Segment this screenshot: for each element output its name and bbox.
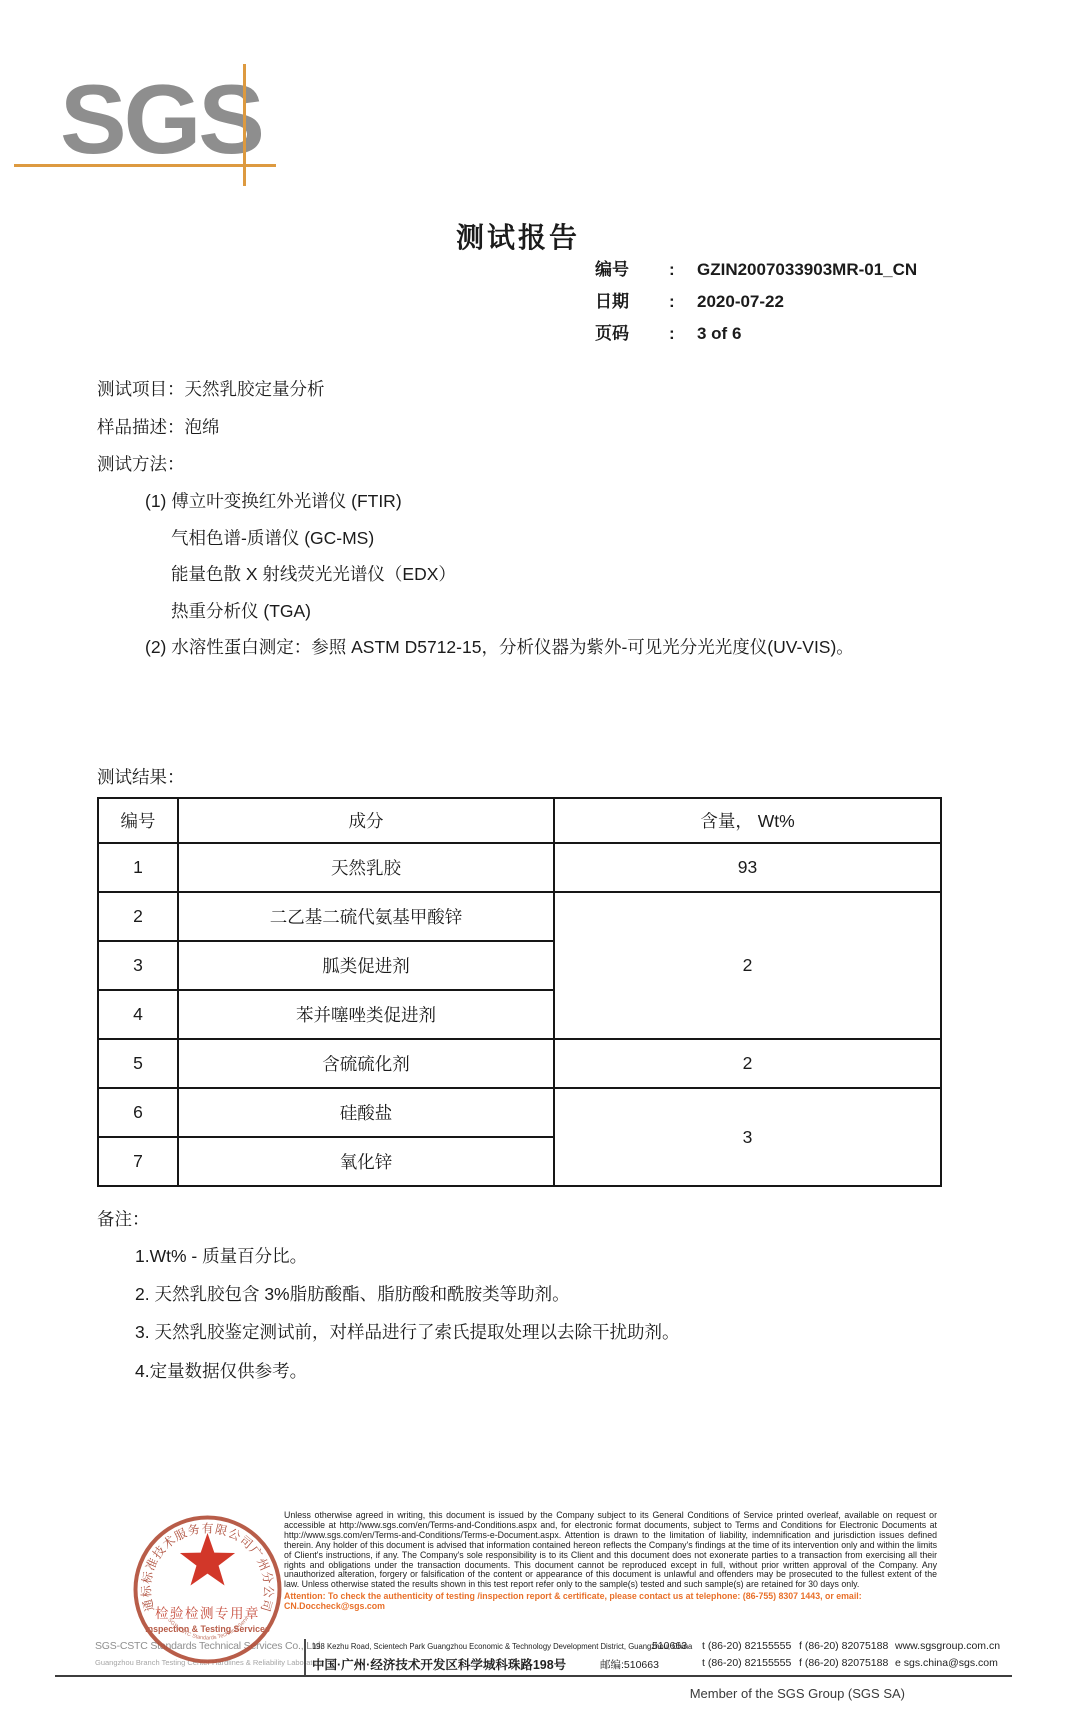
email: e sgs.china@sgs.com: [895, 1657, 998, 1669]
report-number-row: 编号:GZIN2007033903MR-01_CN: [595, 255, 917, 287]
test-item-line: 测试项目：天然乳胶定量分析: [97, 376, 325, 401]
report-page-label: 页码: [595, 319, 669, 344]
stamp-line2: Inspection & Testing Services: [145, 1624, 270, 1634]
legal-block: Unless otherwise agreed in writing, this…: [284, 1511, 937, 1612]
row-component: 二乙基二硫代氨基甲酸锌: [178, 892, 554, 941]
row-no: 5: [98, 1039, 178, 1088]
results-heading: 测试结果：: [97, 764, 185, 789]
logo-vertical-line: [243, 64, 246, 186]
row-component: 苯并噻唑类促进剂: [178, 990, 554, 1039]
header-content: 含量， Wt%: [554, 798, 941, 843]
note-3: 3. 天然乳胶鉴定测试前，对样品进行了索氏提取处理以去除干扰助剂。: [135, 1319, 679, 1344]
results-table: 编号 成分 含量， Wt% 1 天然乳胶 93 2 二乙基二硫代氨基甲酸锌 2 …: [97, 797, 942, 1187]
fax-en: f (86-20) 82075188: [799, 1640, 888, 1652]
method-heading: 测试方法：: [97, 451, 185, 476]
header-fields: 编号:GZIN2007033903MR-01_CN 日期:2020-07-22 …: [595, 255, 917, 351]
method-line-2: 气相色谱-质谱仪 (GC-MS): [171, 525, 374, 550]
colon: :: [669, 324, 697, 344]
row-component: 硅酸盐: [178, 1088, 554, 1137]
table-row: 2 二乙基二硫代氨基甲酸锌 2: [98, 892, 941, 941]
report-page-row: 页码:3 of 6: [595, 319, 917, 351]
row-no: 7: [98, 1137, 178, 1186]
table-row: 6 硅酸盐 3: [98, 1088, 941, 1137]
note-1: 1.Wt% - 质量百分比。: [135, 1243, 307, 1268]
row-no: 2: [98, 892, 178, 941]
header-component: 成分: [178, 798, 554, 843]
website: www.sgsgroup.com.cn: [895, 1640, 1000, 1652]
row-content-merged: 3: [554, 1088, 941, 1186]
row-content: 93: [554, 843, 941, 892]
postcode-en: 510663: [652, 1640, 687, 1652]
note-4: 4.定量数据仅供参考。: [135, 1358, 307, 1383]
row-component: 胍类促进剂: [178, 941, 554, 990]
row-component: 含硫硫化剂: [178, 1039, 554, 1088]
colon: :: [669, 292, 697, 312]
legal-text: Unless otherwise agreed in writing, this…: [284, 1511, 937, 1590]
address-en: 198 Kezhu Road, Scientech Park Guangzhou…: [312, 1642, 692, 1651]
table-row: 1 天然乳胶 93: [98, 843, 941, 892]
address-cn: 中国·广州·经济技术开发区科学城科珠路198号: [312, 1655, 566, 1673]
stamp-line1: 检验检测专用章: [155, 1605, 260, 1621]
report-number-label: 编号: [595, 255, 669, 280]
fax-cn: f (86-20) 82075188: [799, 1657, 888, 1669]
row-no: 1: [98, 843, 178, 892]
note-2: 2. 天然乳胶包含 3%脂肪酸酯、脂肪酸和酰胺类等助剂。: [135, 1281, 570, 1306]
address-block: 198 Kezhu Road, Scientech Park Guangzhou…: [290, 1638, 1030, 1678]
sample-desc-line: 样品描述：泡绵: [97, 414, 220, 439]
method-line-3: 能量色散 X 射线荧光光谱仪（EDX）: [171, 561, 456, 586]
phone-cn: t (86-20) 82155555: [702, 1657, 791, 1669]
row-no: 4: [98, 990, 178, 1039]
report-number-value: GZIN2007033903MR-01_CN: [697, 260, 917, 279]
method-line-5: (2) 水溶性蛋白测定：参照 ASTM D5712-15，分析仪器为紫外-可见光…: [145, 634, 854, 659]
row-content-merged: 2: [554, 892, 941, 1039]
row-no: 6: [98, 1088, 178, 1137]
row-no: 3: [98, 941, 178, 990]
method-line-1: (1) 傅立叶变换红外光谱仪 (FTIR): [145, 488, 402, 513]
stamp-star: [180, 1533, 235, 1585]
member-line: Member of the SGS Group (SGS SA): [690, 1686, 905, 1701]
report-page-value: 3 of 6: [697, 324, 741, 343]
notes-heading: 备注：: [97, 1206, 150, 1231]
report-date-label: 日期: [595, 287, 669, 312]
report-page: SGS 测试报告 编号:GZIN2007033903MR-01_CN 日期:20…: [0, 0, 1079, 1711]
colon: :: [669, 260, 697, 280]
logo-horizontal-line: [14, 164, 276, 167]
method-line-4: 热重分析仪 (TGA): [171, 598, 311, 623]
row-component: 天然乳胶: [178, 843, 554, 892]
row-component: 氧化锌: [178, 1137, 554, 1186]
table-row: 5 含硫硫化剂 2: [98, 1039, 941, 1088]
inspection-stamp: 通标标准技术服务有限公司广州分公司 SGS-CSTC Standards Tec…: [120, 1502, 295, 1677]
row-content: 2: [554, 1039, 941, 1088]
page-title: 测试报告: [456, 216, 580, 256]
report-date-row: 日期:2020-07-22: [595, 287, 917, 319]
header-no: 编号: [98, 798, 178, 843]
postcode-cn: 邮编:510663: [600, 1657, 659, 1672]
sgs-logo: SGS: [60, 70, 262, 168]
attention-text: Attention: To check the authenticity of …: [284, 1592, 937, 1612]
table-header-row: 编号 成分 含量， Wt%: [98, 798, 941, 843]
report-date-value: 2020-07-22: [697, 292, 784, 311]
phone-en: t (86-20) 82155555: [702, 1640, 791, 1652]
